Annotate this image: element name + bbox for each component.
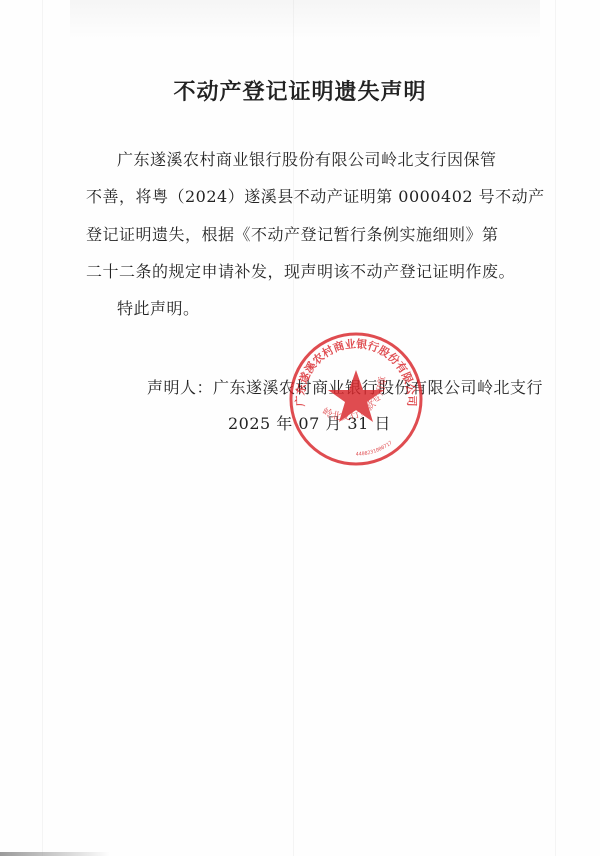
body-line: 不善，将粤（2024）遂溪县不动产证明第 0000402 号不动产 <box>86 184 545 207</box>
scan-artifact <box>42 0 43 856</box>
document-title: 不动产登记证明遗失声明 <box>0 75 600 106</box>
signer-line: 声明人：广东遂溪农村商业银行股份有限公司岭北支行 <box>147 375 543 398</box>
official-seal: 广东遂溪农村商业银行股份有限公司 岭北支行贷款专用章 4408231000717 <box>287 330 425 468</box>
closing-line: 特此声明。 <box>117 296 200 319</box>
scan-edge-shadow <box>0 852 110 856</box>
body-line: 登记证明遗失，根据《不动产登记暂行条例实施细则》第 <box>86 222 499 245</box>
date-line: 2025 年 07 月 31 日 <box>228 411 391 434</box>
body-line: 二十二条的规定申请补发，现声明该不动产登记证明作废。 <box>86 259 515 282</box>
svg-text:4408231000717: 4408231000717 <box>356 440 394 457</box>
scan-artifact <box>70 0 540 40</box>
scan-artifact <box>555 0 556 856</box>
seal-serial-number: 4408231000717 <box>356 440 394 457</box>
document-page: 不动产登记证明遗失声明 广东遂溪农村商业银行股份有限公司岭北支行因保管 不善，将… <box>0 0 600 856</box>
body-line: 广东遂溪农村商业银行股份有限公司岭北支行因保管 <box>117 147 497 170</box>
